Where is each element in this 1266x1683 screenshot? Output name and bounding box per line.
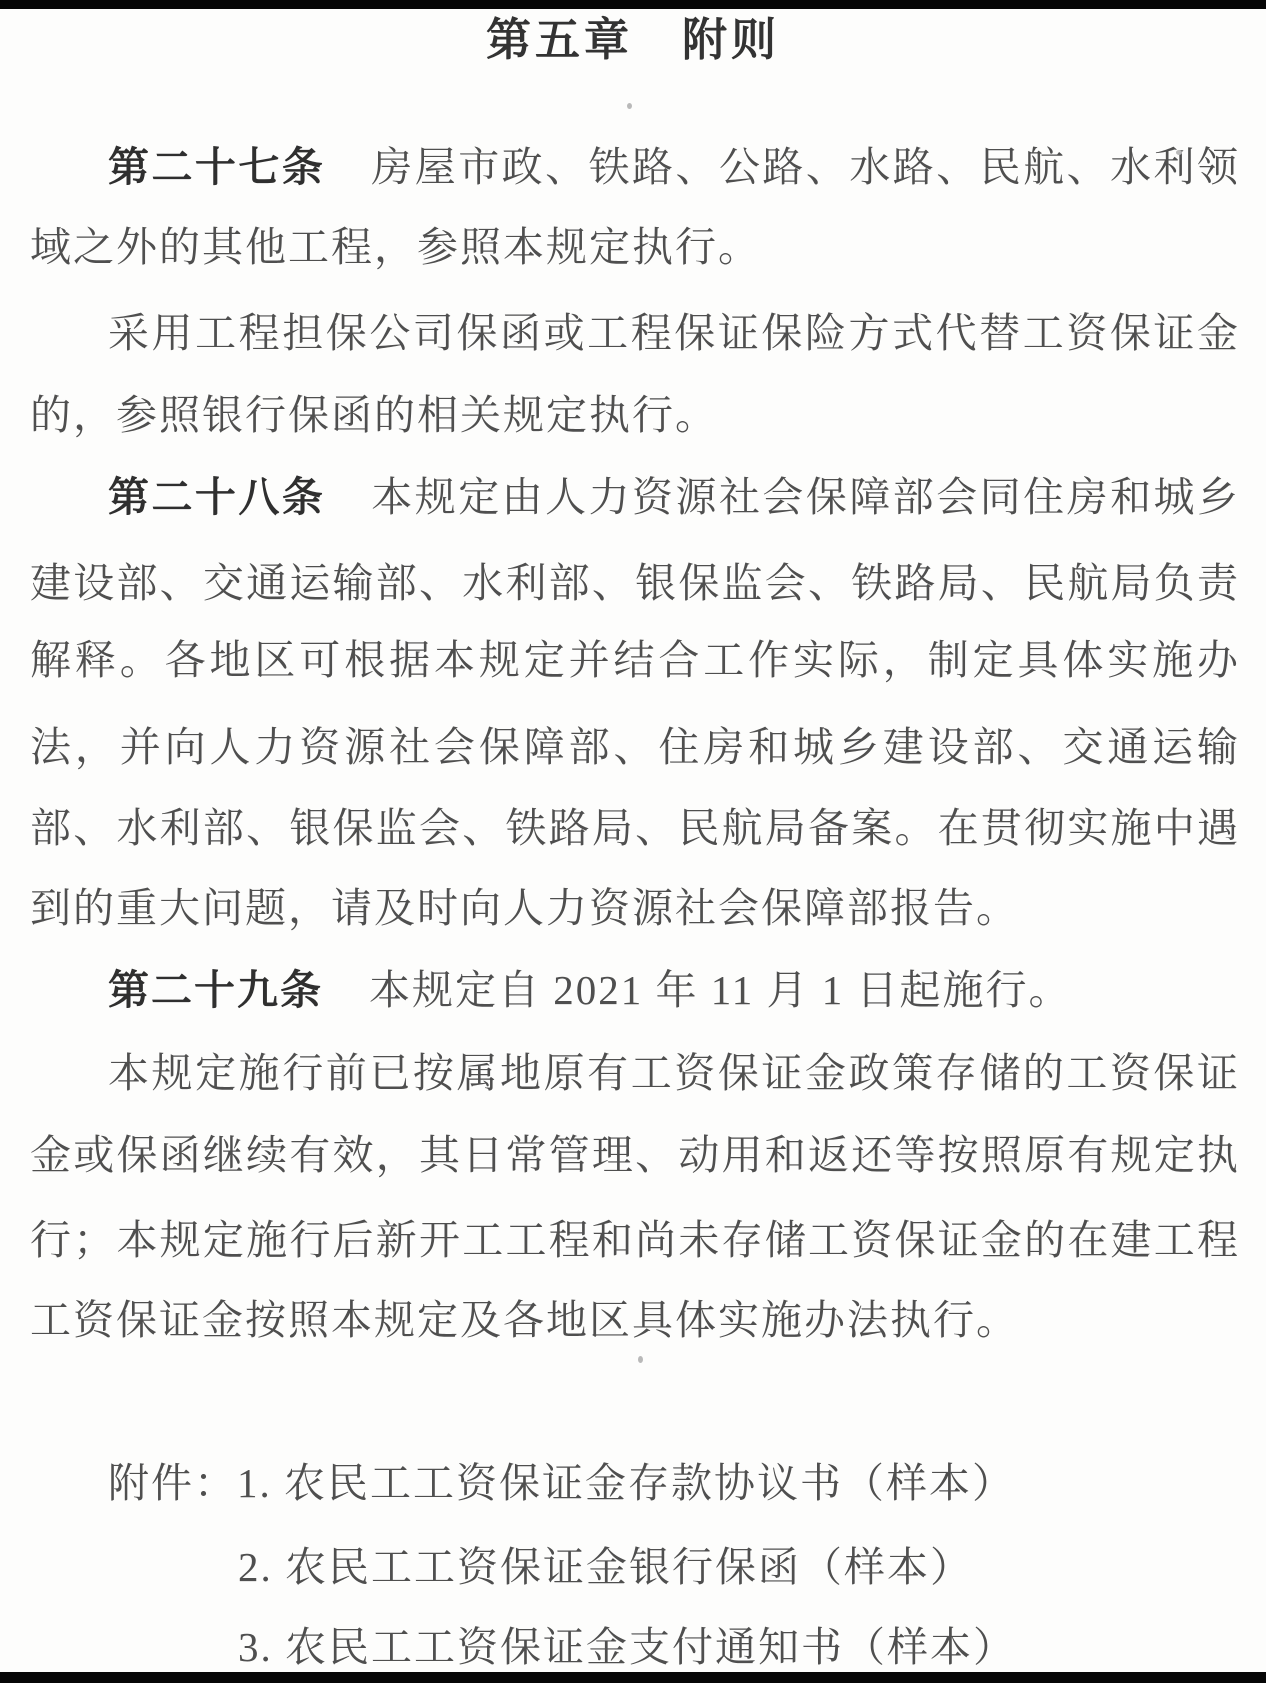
text-line: 工资保证金按照本规定及各地区具体实施办法执行。 bbox=[30, 1289, 1240, 1351]
line-text: 附件：1. 农民工工资保证金存款协议书（样本） bbox=[108, 1460, 1015, 1506]
line-text: 采用工程担保公司保函或工程保证保险方式代替工资保证金 bbox=[108, 310, 1240, 356]
scan-speck bbox=[1176, 150, 1182, 155]
line-text: 2. 农民工工资保证金银行保函（样本） bbox=[238, 1544, 973, 1590]
text-line: 金或保函继续有效，其日常管理、动用和返还等按照原有规定执 bbox=[30, 1124, 1240, 1186]
text-line: 本规定施行前已按属地原有工资保证金政策存储的工资保证 bbox=[30, 1042, 1240, 1104]
text-line: 域之外的其他工程，参照本规定执行。 bbox=[30, 216, 1240, 278]
line-text: 行；本规定施行后新开工工程和尚未存储工资保证金的在建工程 bbox=[30, 1217, 1240, 1263]
text-line: 行；本规定施行后新开工工程和尚未存储工资保证金的在建工程 bbox=[30, 1209, 1240, 1271]
line-text: 解释。各地区可根据本规定并结合工作实际，制定具体实施办 bbox=[30, 637, 1240, 683]
line-text: 法，并向人力资源社会保障部、住房和城乡建设部、交通运输 bbox=[30, 724, 1240, 770]
line-text: 域之外的其他工程，参照本规定执行。 bbox=[30, 224, 761, 270]
line-text: 本规定自 2021 年 11 月 1 日起施行。 bbox=[369, 967, 1071, 1013]
article-number: 第二十七条 bbox=[108, 144, 325, 190]
scan-speck bbox=[638, 1356, 643, 1363]
text-line: 第二十九条本规定自 2021 年 11 月 1 日起施行。 bbox=[30, 959, 1240, 1021]
line-text: 本规定施行前已按属地原有工资保证金政策存储的工资保证 bbox=[108, 1050, 1240, 1096]
line-text: 房屋市政、铁路、公路、水路、民航、水利领 bbox=[371, 144, 1240, 190]
text-line: 部、水利部、银保监会、铁路局、民航局备案。在贯彻实施中遇 bbox=[30, 797, 1240, 859]
attachment-line: 2. 农民工工资保证金银行保函（样本） bbox=[30, 1536, 1240, 1598]
text-line: 解释。各地区可根据本规定并结合工作实际，制定具体实施办 bbox=[30, 629, 1240, 691]
chapter-title: 第五章 附则 bbox=[0, 9, 1266, 71]
article-number: 第二十八条 bbox=[108, 474, 325, 520]
text-line: 第二十八条本规定由人力资源社会保障部会同住房和城乡 bbox=[30, 466, 1240, 528]
scanned-document-page: 第五章 附则 第二十七条房屋市政、铁路、公路、水路、民航、水利领 域之外的其他工… bbox=[0, 0, 1266, 1683]
scan-speck bbox=[627, 103, 632, 109]
line-text: 建设部、交通运输部、水利部、银保监会、铁路局、民航局负责 bbox=[30, 560, 1240, 606]
article-number: 第二十九条 bbox=[108, 967, 323, 1013]
text-line: 的，参照银行保函的相关规定执行。 bbox=[30, 384, 1240, 446]
text-line: 到的重大问题，请及时向人力资源社会保障部报告。 bbox=[30, 877, 1240, 939]
line-text: 到的重大问题，请及时向人力资源社会保障部报告。 bbox=[30, 885, 1019, 931]
text-line: 采用工程担保公司保函或工程保证保险方式代替工资保证金 bbox=[30, 302, 1240, 364]
line-text: 的，参照银行保函的相关规定执行。 bbox=[30, 392, 718, 438]
text-line: 法，并向人力资源社会保障部、住房和城乡建设部、交通运输 bbox=[30, 716, 1240, 778]
text-line: 建设部、交通运输部、水利部、银保监会、铁路局、民航局负责 bbox=[30, 552, 1240, 614]
line-text: 金或保函继续有效，其日常管理、动用和返还等按照原有规定执 bbox=[30, 1132, 1240, 1178]
scan-artifact-top-bar bbox=[0, 0, 1266, 9]
attachment-line: 附件：1. 农民工工资保证金存款协议书（样本） bbox=[30, 1452, 1240, 1514]
line-text: 部、水利部、银保监会、铁路局、民航局备案。在贯彻实施中遇 bbox=[30, 805, 1240, 851]
line-text: 3. 农民工工资保证金支付通知书（样本） bbox=[238, 1624, 1016, 1670]
line-text: 工资保证金按照本规定及各地区具体实施办法执行。 bbox=[30, 1297, 1019, 1343]
text-line: 第二十七条房屋市政、铁路、公路、水路、民航、水利领 bbox=[30, 136, 1240, 198]
line-text: 本规定由人力资源社会保障部会同住房和城乡 bbox=[371, 474, 1240, 520]
scan-artifact-bottom-bar bbox=[0, 1672, 1266, 1683]
attachment-line: 3. 农民工工资保证金支付通知书（样本） bbox=[30, 1616, 1240, 1678]
